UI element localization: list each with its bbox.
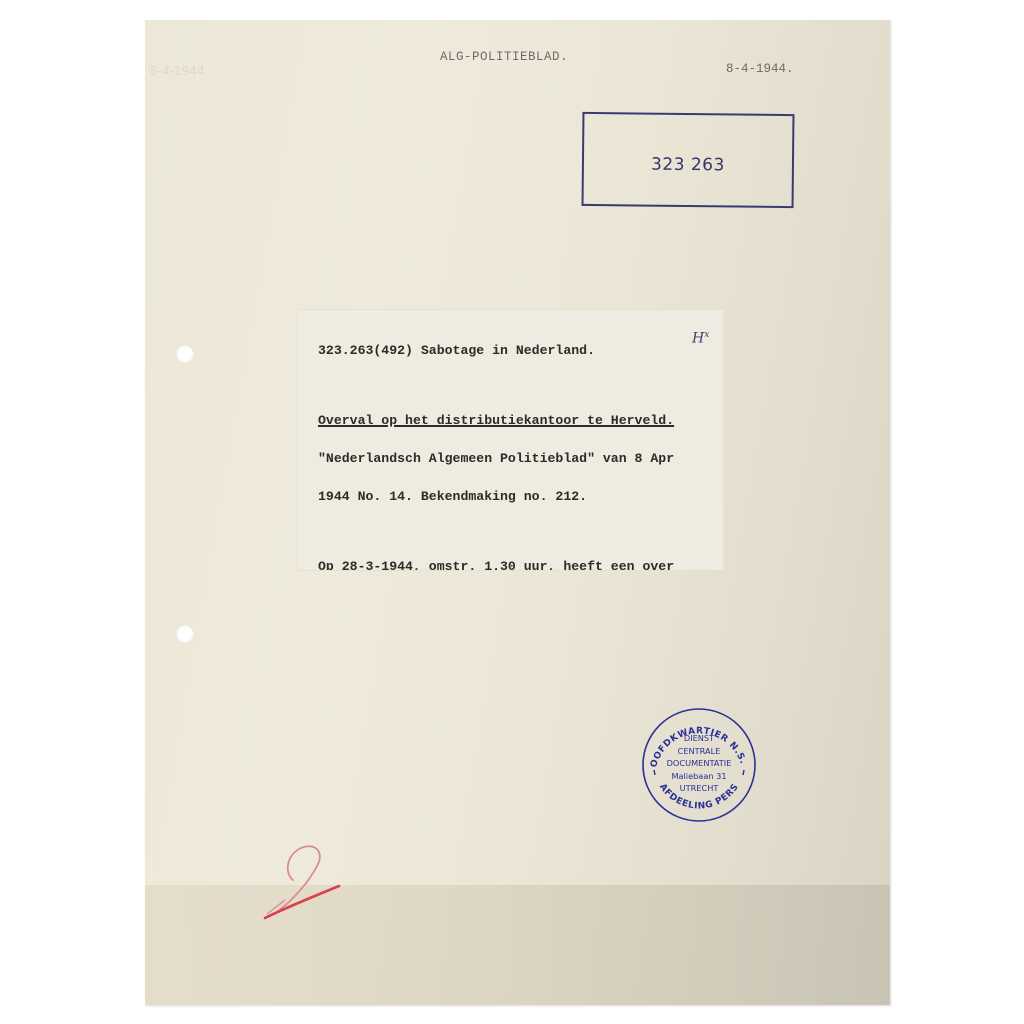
annotation-mark: x xyxy=(704,330,709,340)
publication-title: ALG-POLITIEBLAD. xyxy=(440,50,568,64)
annotation-letter: H xyxy=(692,331,704,347)
newspaper-clipping: 323.263(492) Sabotage in Nederland. Over… xyxy=(298,310,723,570)
pencil-note: 8-4-1944 xyxy=(150,64,204,78)
stamp-center-text: DIENST CENTRALE DOCUMENTATIE Maliebaan 3… xyxy=(640,732,758,795)
red-pencil-mark xyxy=(255,838,355,928)
classification-line: 323.263(492) Sabotage in Nederland. xyxy=(318,345,723,358)
punch-hole-top xyxy=(176,345,194,363)
punch-hole-bottom xyxy=(176,625,194,643)
stamp-line: UTRECHT xyxy=(640,782,758,795)
handwritten-annotation: Hx xyxy=(692,330,709,347)
stamp-line: DOCUMENTATIE xyxy=(640,757,758,770)
clipping-headline: Overval op het distributiekantoor te Her… xyxy=(318,415,723,428)
reference-number-stamp: 323 263 xyxy=(582,112,795,208)
stamp-line: CENTRALE xyxy=(640,745,758,758)
reference-number: 323 263 xyxy=(584,154,792,176)
source-line: "Nederlandsch Algemeen Politieblad" van … xyxy=(318,453,723,466)
nsb-documentation-stamp: HOOFDKWARTIER N.S.B. AFDEELING PERS DIEN… xyxy=(640,706,758,824)
stamp-line: DIENST xyxy=(640,732,758,745)
publication-date: 8-4-1944. xyxy=(726,62,794,76)
stamp-line: Maliebaan 31 xyxy=(640,770,758,783)
source-line: 1944 No. 14. Bekendmaking no. 212. xyxy=(318,491,723,504)
body-line: Op 28-3-1944, omstr. 1.30 uur, heeft een… xyxy=(318,561,723,570)
